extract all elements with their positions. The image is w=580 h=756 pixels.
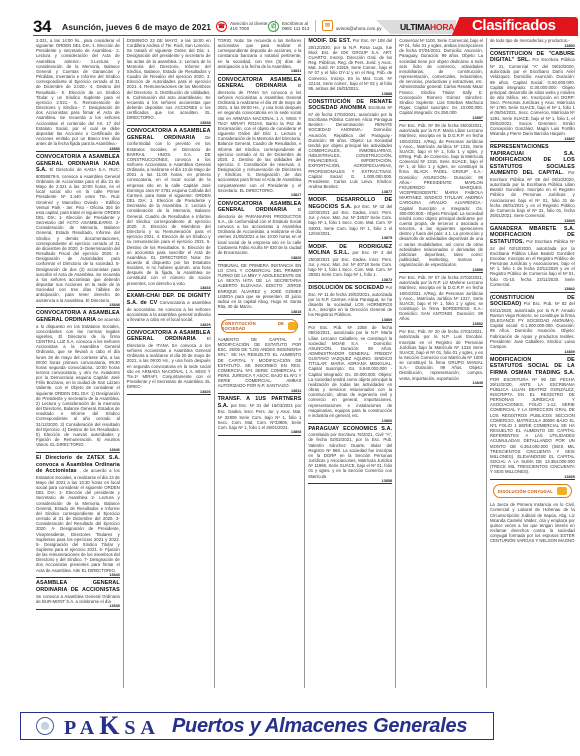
notice-number: 13857 [399, 116, 483, 121]
section-badge-label: CONSTITUCIÓN DE SOCIEDAD [222, 321, 284, 331]
notice-number: 13820 [218, 256, 302, 261]
brand-logo: ULTIMAHORA [400, 22, 454, 32]
notice-number: 13848 [36, 303, 120, 308]
notice-number: 13815 [218, 310, 302, 315]
notice-heading: MODIFICACION DE ESTATUTOS SOCIAL DE LA F… [490, 357, 575, 376]
classified-notice: 2.021, a las 14:00 hs., para considerar … [36, 38, 120, 152]
notice-body: El directorio de ITANA SA convoca a los … [218, 83, 302, 193]
classifieds-columns: 2.021, a las 14:00 hs., para considerar … [33, 38, 578, 688]
notice-number: 13845 [490, 219, 575, 224]
classified-notice: CONSTITUCIÓN DE RENATE SOCIEDAD ANONIMA … [308, 99, 392, 195]
notice-number: 13852 [399, 322, 483, 327]
dateline: Asunción, jueves 6 de mayo de 2021 [62, 22, 211, 32]
notice-number: 13833 [127, 286, 211, 291]
notice-number: 13838 [127, 121, 211, 126]
notice-number: 13888 [308, 92, 392, 97]
classified-notice: REPRESENTACIONES TAPIRACUAI S.A. MODIFIC… [490, 144, 575, 224]
notice-body: Por Esc. Pub. Nº 82 del 04/11/2020, auto… [490, 301, 575, 349]
notice-body: La Jueza de Primera Instancia en lo Civi… [490, 502, 575, 543]
notice-number: 13835 [490, 475, 575, 480]
classified-notice: Comercial Nº 1100, Serie Comercial, bajo… [399, 38, 483, 121]
classified-notice: Por Esc. Púb. Nº 07 de fecha 27/02/2021,… [399, 275, 483, 327]
classified-notice: de todo tipo de mercaderías y productos.… [490, 38, 575, 49]
badge-icon [288, 322, 297, 330]
notice-body: Por Escritura Pública Nº 68 del 05/10/20… [490, 170, 575, 218]
paksa-logo-icon [36, 717, 54, 735]
notice-body: Por Escritura Pública Nº 21, Comercial "… [490, 57, 575, 136]
notice-heading: MODIF. DE EST. [308, 38, 351, 44]
badge-icon [557, 487, 567, 495]
section-badge: CONSTITUCIÓN DE SOCIEDAD [221, 319, 299, 333]
notice-body: Se convoca a Asamblea General Ordinaria … [36, 594, 120, 604]
classified-notice: TRANSF. A 1US PARTNERS S.A. por Esc. Nº … [218, 396, 302, 436]
notice-body: El directorio de PARANAPAN PRODUCTOS S.A… [218, 207, 302, 255]
classified-notice: El Directorio de ZATEX S.A. convoca a As… [36, 455, 120, 578]
notice-number: 13826 [127, 390, 211, 395]
notice-number: 13850 [490, 44, 575, 49]
classified-notice: MODIF. DESARROLLO DE NEGOCIOS S.A. por E… [308, 197, 392, 242]
ad-letter: A [141, 717, 160, 739]
notice-heading: CONVOCATORIA ASAMBLEA GENERAL ORDINARIA [218, 77, 302, 90]
classified-notice: MODIF. DE RODRIGUEZ MOLINA S.R.L. por Es… [308, 244, 392, 284]
classified-notice: CONVOCATORIA ASAMBLEA GENERAL ORDINARIA … [218, 77, 302, 199]
classified-column: Comercial Nº 1100, Serie Comercial, bajo… [396, 38, 487, 688]
notice-heading: CONVOCATORIA A ASAMBLEA GENERAL ORDINARI… [127, 330, 211, 343]
notice-body: POR ESCRITURA Nº 96 DE FECHA 29/12/2020,… [490, 377, 575, 475]
classified-notice: AUMENTO DE CAPITAL Y MODIFICACIÓN DE EST… [218, 337, 302, 394]
contact-email-value: avisos@uhora.com.py [336, 26, 382, 31]
contact-whatsapp: ✆ Escribinos al0981 111 013 [268, 20, 316, 32]
notice-body: El Directorio de KADA S.A. RUC: 80058878… [36, 167, 120, 302]
classified-notice: CONSTITUCION DE "CABURE DIGITAL" SRL. Po… [490, 51, 575, 142]
ad-letter: P [64, 717, 80, 739]
contact-email: ✉ avisos@uhora.com.py [322, 20, 382, 31]
notice-number: 13856 [399, 268, 483, 273]
ad-letter: A [80, 717, 99, 739]
whatsapp-icon: ✆ [268, 21, 279, 32]
notice-number: 13877 [308, 190, 392, 195]
classified-notice: Por Esc. Púb. Nº 09 de fecha 25/03/2021,… [399, 123, 483, 273]
classified-notice: CONVOCATORIA ASAMBLEA GENERAL ORDINARIA … [218, 201, 302, 261]
notice-heading: CONVOCATORIA ASAMBLEA GENERAL ORDINARIA [218, 201, 302, 214]
notice-number: 13811 [218, 389, 302, 394]
contact-phone: ☎ Atención al cliente:415 7000 [216, 20, 276, 32]
notice-body: Por Esc. Púb. Nº 07 de fecha 27/02/2021,… [399, 275, 483, 321]
phone-icon: ☎ [216, 21, 227, 32]
classified-notice: DOMINGO 23 DE MAYO, a las 16:00 en Cordi… [127, 38, 211, 126]
classified-notice: TORIO. Nota: Se recuerda a los Señores a… [218, 38, 302, 75]
notice-body: constituida por Escritura 76/2021, Civil… [308, 432, 392, 478]
contact-phone-value: 415 7000 [230, 26, 249, 31]
notice-number: 13869 [308, 318, 392, 323]
email-icon: ✉ [322, 20, 333, 31]
classified-notice: CONVOCATORIA A ASAMBLEA GENERAL ORDINARI… [36, 154, 120, 308]
ad-letter: S [124, 717, 140, 739]
notice-body: de todo tipo de mercaderías y productos.… [490, 38, 570, 43]
notice-number: 13858 [308, 479, 392, 484]
classified-notice: GANADERA MBARETE S.A. MODIFICACION DE ES… [490, 226, 575, 293]
notice-number: 13853 [36, 147, 120, 152]
classified-notice: EXAMI-CHAI DEP. DE DIGNITY S.A. de CV Co… [127, 293, 211, 327]
notice-body: Comercial Nº 1100, Serie Comercial, bajo… [399, 38, 483, 115]
classified-notice: ASAMBLEA GENERAL ORDINARIA DE ACCIONISTA… [36, 580, 120, 609]
classified-column: MODIF. DE EST. Por Esc. Nº 108 del 20/12… [305, 38, 396, 688]
divider [315, 20, 316, 32]
notice-number: 13843 [36, 573, 120, 578]
classified-column: TORIO. Nota: Se recuerda a los Señores a… [215, 38, 306, 688]
classified-notice: CONVOCATORIA A ASAMBLEA GENERAL ORDINARI… [127, 128, 211, 291]
section-badge-label: DISOLUCIÓN CONYUGAL [498, 489, 553, 494]
notice-body: Por Esc. Nº 108 del 20/12/2020, por la N… [308, 38, 392, 91]
notice-body: TRIBUNAL DE PRIMERA INSTANCIA EN LO CIVI… [218, 263, 302, 309]
notice-number: 13827 [218, 193, 302, 198]
contact-phone-label: Atención al cliente: [230, 21, 269, 26]
ad-brand-name: PAKSA [64, 711, 160, 741]
notice-heading: DISOLUCIÓN DE SOCIEDAD [308, 285, 384, 291]
brand-part2: HORA [430, 22, 454, 32]
classified-notice: La Jueza de Primera Instancia en lo Civi… [490, 502, 575, 543]
notice-body: Por Esc. Púb. Nº 20 de fecha 27/01/2021,… [399, 329, 483, 380]
notice-heading: ASAMBLEA GENERAL ORDINARIA DE ACCIONISTA… [36, 580, 120, 593]
notice-heading: CONVOCATORIA A ASAMBLEA GENERAL ORDINARI… [127, 128, 211, 141]
notice-heading: PARAGUAY ECONOMICS S.A. [308, 426, 392, 432]
ad-slogan: Puertos y Almacenes Generales [172, 715, 467, 738]
masthead: 34 Asunción, jueves 6 de mayo de 2021 ☎ … [0, 0, 580, 34]
notice-number: 13860 [308, 419, 392, 424]
notice-number: 13808 [218, 430, 302, 435]
classified-notice: Por Esc. Púb. Nº 20 de fecha 27/01/2021,… [399, 329, 483, 386]
section-title: Clasificados [472, 17, 556, 34]
classified-notice: DISOLUCIÓN DE SOCIEDAD Por Esc. Nº 11 de… [308, 285, 392, 323]
classified-notice: PARAGUAY ECONOMICS S.A. constituida por … [308, 426, 392, 485]
notice-body: 2.021, a las 14:00 hs., para considerar … [36, 38, 120, 146]
notice-number: 13839 [490, 350, 575, 355]
notice-body: De conformidad con lo previsto en los Es… [127, 135, 211, 286]
notice-body: Por Esc. Púb. Nº 2358 de fecha 06/04/202… [308, 325, 392, 418]
notice-body: El Directorio de ITANA SA convoca a los … [127, 336, 211, 389]
contact-whatsapp-label: Escribinos al [282, 21, 308, 26]
notice-number: 13849 [399, 381, 483, 386]
classified-notice: CONVOCATORIA A ASAMBLEA GENERAL ORDINARI… [127, 330, 211, 395]
notice-body: por Esc. Nº 31 del 16/03/2021 por Esc. G… [218, 403, 302, 430]
footer-advertisement[interactable]: PAKSA Puertos y Almacenes Generales [20, 712, 494, 740]
notice-number: 13829 [127, 323, 211, 328]
classified-notice: (CONSTITUCION DE SOCIEDAD) Por Esc. Pub.… [490, 295, 575, 355]
notice-number: 13846 [36, 448, 120, 453]
ad-letter: K [99, 711, 124, 740]
header-rule [33, 35, 578, 36]
notice-number: 13831 [218, 69, 302, 74]
classified-column: DOMINGO 23 DE MAYO, a las 16:00 en Cordi… [124, 38, 215, 688]
brand-part1: ULTIMA [400, 22, 430, 32]
notice-body: TORIO. Nota: Se recuerda a los Señores a… [218, 38, 302, 69]
section-badge: DISOLUCIÓN CONYUGAL [493, 484, 572, 498]
classified-notice: Por Esc. Púb. Nº 2358 de fecha 06/04/202… [308, 325, 392, 424]
notice-body: Por Esc. Púb. Nº 09 de fecha 25/03/2021,… [399, 123, 483, 267]
notice-body: Por Escritura Pública Nº 24 del 03/10/20… [490, 239, 575, 287]
notice-number: 13835 [36, 604, 120, 609]
classified-notice: CONVOCATORIA A ASAMBLEA GENERAL ORDINARI… [36, 310, 120, 453]
classified-notice: MODIFICACION DE ESTATUTOS SOCIAL DE LA F… [490, 357, 575, 480]
notice-number: 13842 [490, 287, 575, 292]
page-number: 34 [33, 17, 51, 37]
notice-body: , de acuerdo a los Estatutos Sociales, a… [36, 468, 120, 572]
classified-column: de todo tipo de mercaderías y productos.… [487, 38, 578, 688]
notice-number: 13847 [490, 137, 575, 142]
notice-body: De acuerdo a lo dispuesto en los Estatut… [36, 317, 120, 447]
classified-column: 2.021, a las 14:00 hs., para considerar … [33, 38, 124, 688]
notice-number: 13875 [308, 236, 392, 241]
notice-body: DOMINGO 23 DE MAYO, a las 16:00 en Cordi… [127, 38, 211, 120]
notice-heading: REPRESENTACIONES TAPIRACUAI S.A. MODIFIC… [490, 144, 575, 176]
classified-notice: MODIF. DE EST. Por Esc. Nº 108 del 20/12… [308, 38, 392, 97]
notice-body: AUMENTO DE CAPITAL Y MODIFICACIÓN DE EST… [218, 337, 302, 388]
notice-body: Escritura Nº 67 de fecha 17/03/2021, aut… [308, 105, 392, 189]
classified-notice: TRIBUNAL DE PRIMERA INSTANCIA EN LO CIVI… [218, 263, 302, 315]
notice-number: 13872 [308, 278, 392, 283]
contact-whatsapp-value: 0981 111 013 [282, 26, 309, 31]
